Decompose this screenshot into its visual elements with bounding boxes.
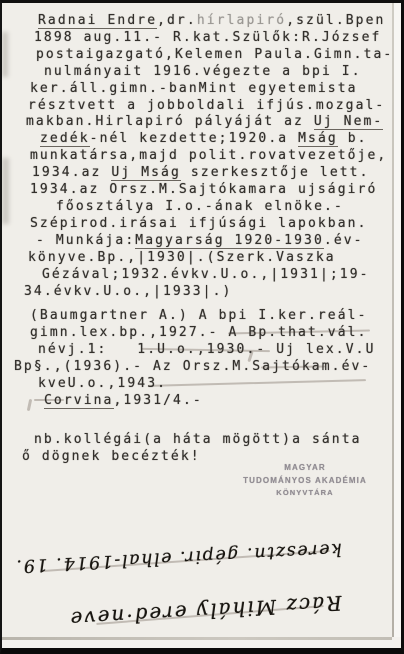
typed-line: 1934.az Orsz.M.Sajtókamara ujságiró: [30, 182, 404, 199]
typed-segment: szerkesztője lett.: [181, 165, 370, 180]
typed-line: Corvina,1931/4.-: [44, 393, 404, 410]
typed-line: - Munkája:Magyarság 1920-1930.év-: [36, 233, 404, 250]
typed-segment: Corvina: [44, 393, 114, 409]
typed-segment: nulmányait 1916.végezte a bpi I.: [44, 64, 362, 79]
typed-segment: kveU.o.,1943.: [38, 376, 167, 391]
typed-line: 1934.az Uj Mság szerkesztője lett.: [32, 165, 404, 182]
typed-line: munkatársa,majd polit.rovatvezetője,: [30, 148, 404, 165]
typed-segment: résztvett a jobboldali ifjús.mozgal-: [28, 98, 385, 113]
typed-line: főosztálya I.o.-ának elnöke.-: [56, 199, 404, 216]
typed-segment: Radnai Endre: [38, 13, 157, 29]
typed-line: postaigazgató,Kelemen Paula.Gimn.ta-: [36, 47, 404, 64]
stamp-line: TUDOMÁNYOS AKADÉMIA: [236, 475, 374, 488]
typed-line: kveU.o.,1943.: [38, 376, 404, 393]
typed-segment: ,szül.Bpen: [286, 13, 385, 28]
typed-segment: névj.1: 1.U.o.,1930.- Uj lex.V.U: [38, 342, 376, 357]
typed-line: Radnai Endre,dr.hírlapiró,szül.Bpen: [38, 13, 404, 30]
typed-segment: makban.Hirlapiró pályáját az: [26, 114, 314, 129]
typed-segment: ő dögnek becézték!: [22, 449, 201, 464]
typed-segment: Magyarság 1920-1930: [135, 233, 324, 249]
typed-segment: Szépirod.irásai ifjúsági lapokban.: [30, 216, 368, 231]
typed-line: Bp§.,(1936).- Az Orsz.M.Sajtókam.év-: [14, 359, 404, 376]
typed-line: gimn.lex.bp.,1927.- A Bp.that.vál.: [30, 325, 404, 342]
typed-segment: b.: [338, 131, 368, 146]
typed-segment: Uj Nem-: [314, 114, 384, 130]
typed-segment: Uj Mság: [111, 165, 181, 181]
typed-segment: főosztálya I.o.-ának elnöke.-: [56, 199, 344, 214]
typed-segment: munkatársa,majd polit.rovatvezetője,: [30, 148, 387, 163]
typed-line: (Baumgartner A.) A bpi I.ker.reál-: [30, 308, 404, 325]
typed-line: ker.áll.gimn.-banMint egyetemista: [30, 81, 404, 98]
typed-segment: 34.évkv.U.o.,|1933|.): [24, 284, 232, 299]
typed-line: nb.kollégái(a háta mögött)a sánta: [34, 432, 404, 449]
scan-margin-bottom: [2, 640, 394, 648]
typed-segment: -nél kezdette;1920.a: [90, 131, 298, 146]
typed-segment: könyve.Bp.,|1930|.(Szerk.Vaszka: [28, 250, 336, 265]
typed-segment: ,dr.: [157, 13, 197, 28]
typed-line: 1898 aug.11.- R.kat.Szülők:R.József: [34, 30, 404, 47]
typed-line: résztvett a jobboldali ifjús.mozgal-: [28, 98, 404, 115]
typed-line: 34.évkv.U.o.,|1933|.): [24, 284, 404, 301]
typed-segment: nb.kollégái(a háta mögött)a sánta: [34, 432, 362, 447]
typed-line: Gézával;1932.évkv.U.o.,|1931|;19-: [42, 267, 404, 284]
typed-segment: 1934.az: [32, 165, 111, 180]
typed-line: makban.Hirlapiró pályáját az Uj Nem-: [26, 114, 404, 131]
typed-segment: Mság: [298, 131, 338, 147]
typed-segment: ,1931/4.-: [114, 393, 203, 408]
typed-line: könyve.Bp.,|1930|.(Szerk.Vaszka: [28, 250, 404, 267]
typed-segment: 1898 aug.11.- R.kat.Szülők:R.József: [34, 30, 381, 45]
scanned-card: Radnai Endre,dr.hírlapiró,szül.Bpen1898 …: [0, 0, 404, 654]
typed-segment: postaigazgató,Kelemen Paula.Gimn.ta-: [36, 47, 393, 62]
card-bottom-edge: [2, 637, 392, 640]
typed-segment: .év-: [324, 233, 364, 248]
stamp-line: KÖNYVTÁRA: [236, 487, 374, 500]
typed-text: Radnai Endre,dr.hírlapiró,szül.Bpen1898 …: [0, 13, 404, 466]
typed-segment: - Munkája:: [36, 233, 135, 248]
stamp-line: MAGYAR: [236, 462, 374, 475]
typed-segment: 1934.az Orsz.M.Sajtókamara ujságiró: [30, 182, 377, 197]
typed-segment: ker.áll.gimn.-banMint egyetemista: [30, 81, 358, 96]
typed-segment: gimn.lex.bp.,1927.- A Bp.that.vál.: [30, 325, 368, 340]
library-stamp: MAGYAR TUDOMÁNYOS AKADÉMIA KÖNYVTÁRA: [236, 462, 374, 500]
typed-line: zedék-nél kezdette;1920.a Mság b.: [40, 131, 404, 148]
typed-segment: hírlapiró: [197, 13, 286, 28]
typed-line: nulmányait 1916.végezte a bpi I.: [44, 64, 404, 81]
typed-segment: Gézával;1932.évkv.U.o.,|1931|;19-: [42, 267, 370, 282]
typed-segment: (Baumgartner A.) A bpi I.ker.reál-: [30, 308, 368, 323]
typed-line: névj.1: 1.U.o.,1930.- Uj lex.V.U: [38, 342, 404, 359]
typed-line: Szépirod.irásai ifjúsági lapokban.: [30, 216, 404, 233]
typed-segment: zedék: [40, 131, 90, 147]
typed-segment: Bp§.,(1936).- Az Orsz.M.Sajtókam.év-: [14, 359, 371, 374]
